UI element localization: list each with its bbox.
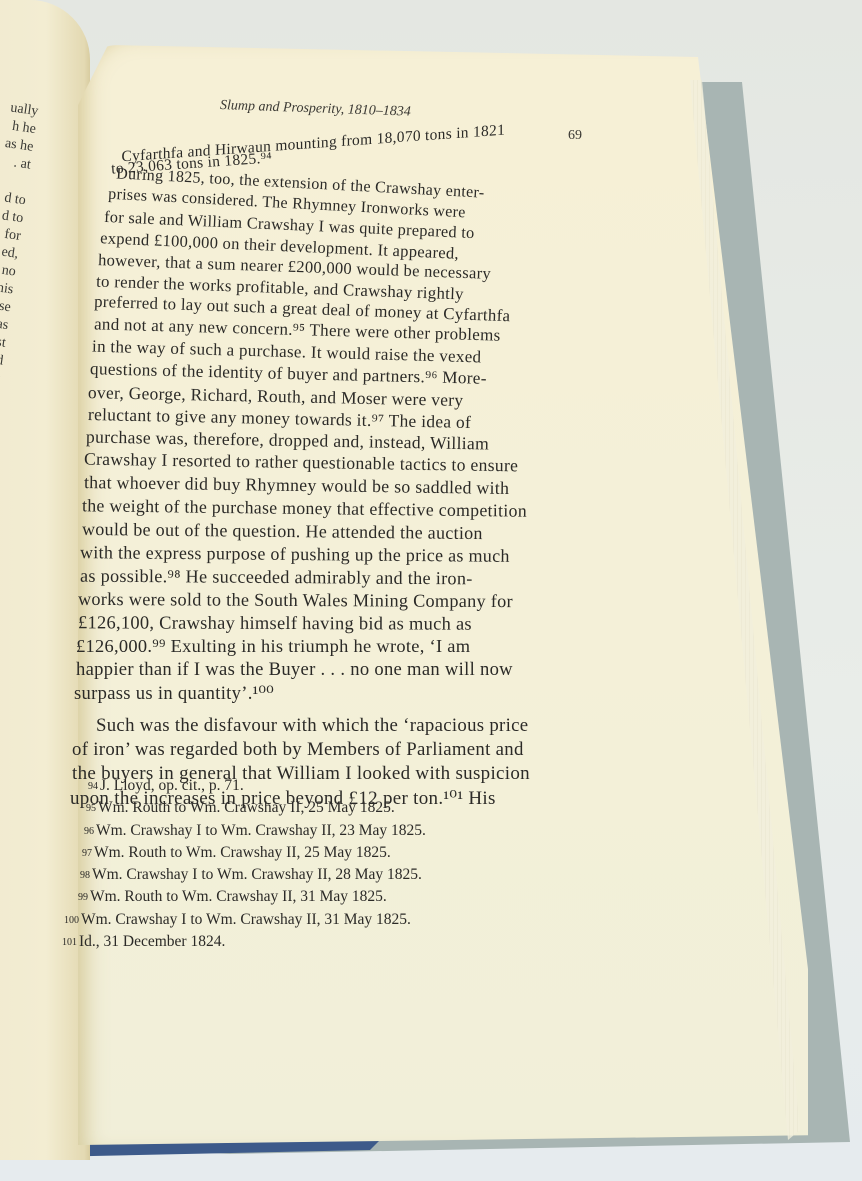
footnote-number: 98 <box>76 865 90 886</box>
body-line: £126,000.⁹⁹ Exulting in his triumph he w… <box>76 636 470 657</box>
page-number: 69 <box>568 128 582 144</box>
footnote-number: 97 <box>78 843 92 864</box>
footnote-text: J. Lloyd, op. cit., p. 71. <box>100 777 244 794</box>
footnotes: 94J. Lloyd, op. cit., p. 71. 95Wm. Routh… <box>60 775 426 953</box>
body-line: surpass us in quantity’.¹⁰⁰ <box>74 683 274 705</box>
footnote-text: Wm. Routh to Wm. Crawshay II, 25 May 182… <box>94 844 391 861</box>
footnote-number: 94 <box>84 776 98 797</box>
footnote-text: Wm. Routh to Wm. Crawshay II, 31 May 182… <box>90 888 387 905</box>
footnote-number: 101 <box>62 932 77 953</box>
left-page-text-fragments: ually h he as he . at d to d to for ed, … <box>0 95 39 389</box>
footnote: 94J. Lloyd, op. cit., p. 71. <box>84 775 426 797</box>
footnote-text: Wm. Crawshay I to Wm. Crawshay II, 31 Ma… <box>81 911 411 928</box>
footnote: 97Wm. Routh to Wm. Crawshay II, 25 May 1… <box>78 842 426 864</box>
footnote-number: 95 <box>82 798 96 819</box>
footnote-text: Id., 31 December 1824. <box>79 933 225 950</box>
footnote: 96Wm. Crawshay I to Wm. Crawshay II, 23 … <box>80 820 426 842</box>
footnote-text: Wm. Crawshay I to Wm. Crawshay II, 28 Ma… <box>92 866 422 883</box>
body-line: with the express purpose of pushing up t… <box>80 542 510 567</box>
footnote-number: 96 <box>80 821 94 842</box>
footnote: 101Id., 31 December 1824. <box>62 931 426 953</box>
footnote-text: Wm. Routh to Wm. Crawshay II, 25 May 182… <box>98 799 395 816</box>
footnote-text: Wm. Crawshay I to Wm. Crawshay II, 23 Ma… <box>96 822 426 839</box>
body-line: of iron’ was regarded both by Members of… <box>72 739 524 761</box>
body-line: happier than if I was the Buyer . . . no… <box>76 659 513 681</box>
footnote: 99Wm. Routh to Wm. Crawshay II, 31 May 1… <box>74 886 426 908</box>
left-page: ually h he as he . at d to d to for ed, … <box>0 0 90 1160</box>
body-line: works were sold to the South Wales Minin… <box>78 589 513 612</box>
body-line: £126,100, Crawshay himself having bid as… <box>78 612 472 634</box>
body-line: would be out of the question. He attende… <box>82 519 483 544</box>
body-line: Such was the disfavour with which the ‘r… <box>96 715 528 737</box>
footnote: 98Wm. Crawshay I to Wm. Crawshay II, 28 … <box>76 864 426 886</box>
footnote-number: 99 <box>74 887 88 908</box>
footnote: 100Wm. Crawshay I to Wm. Crawshay II, 31… <box>64 909 426 931</box>
body-line: as possible.⁹⁸ He succeeded admirably an… <box>80 566 473 590</box>
footnote-number: 100 <box>64 910 79 931</box>
footnote: 95Wm. Routh to Wm. Crawshay II, 25 May 1… <box>82 797 426 819</box>
